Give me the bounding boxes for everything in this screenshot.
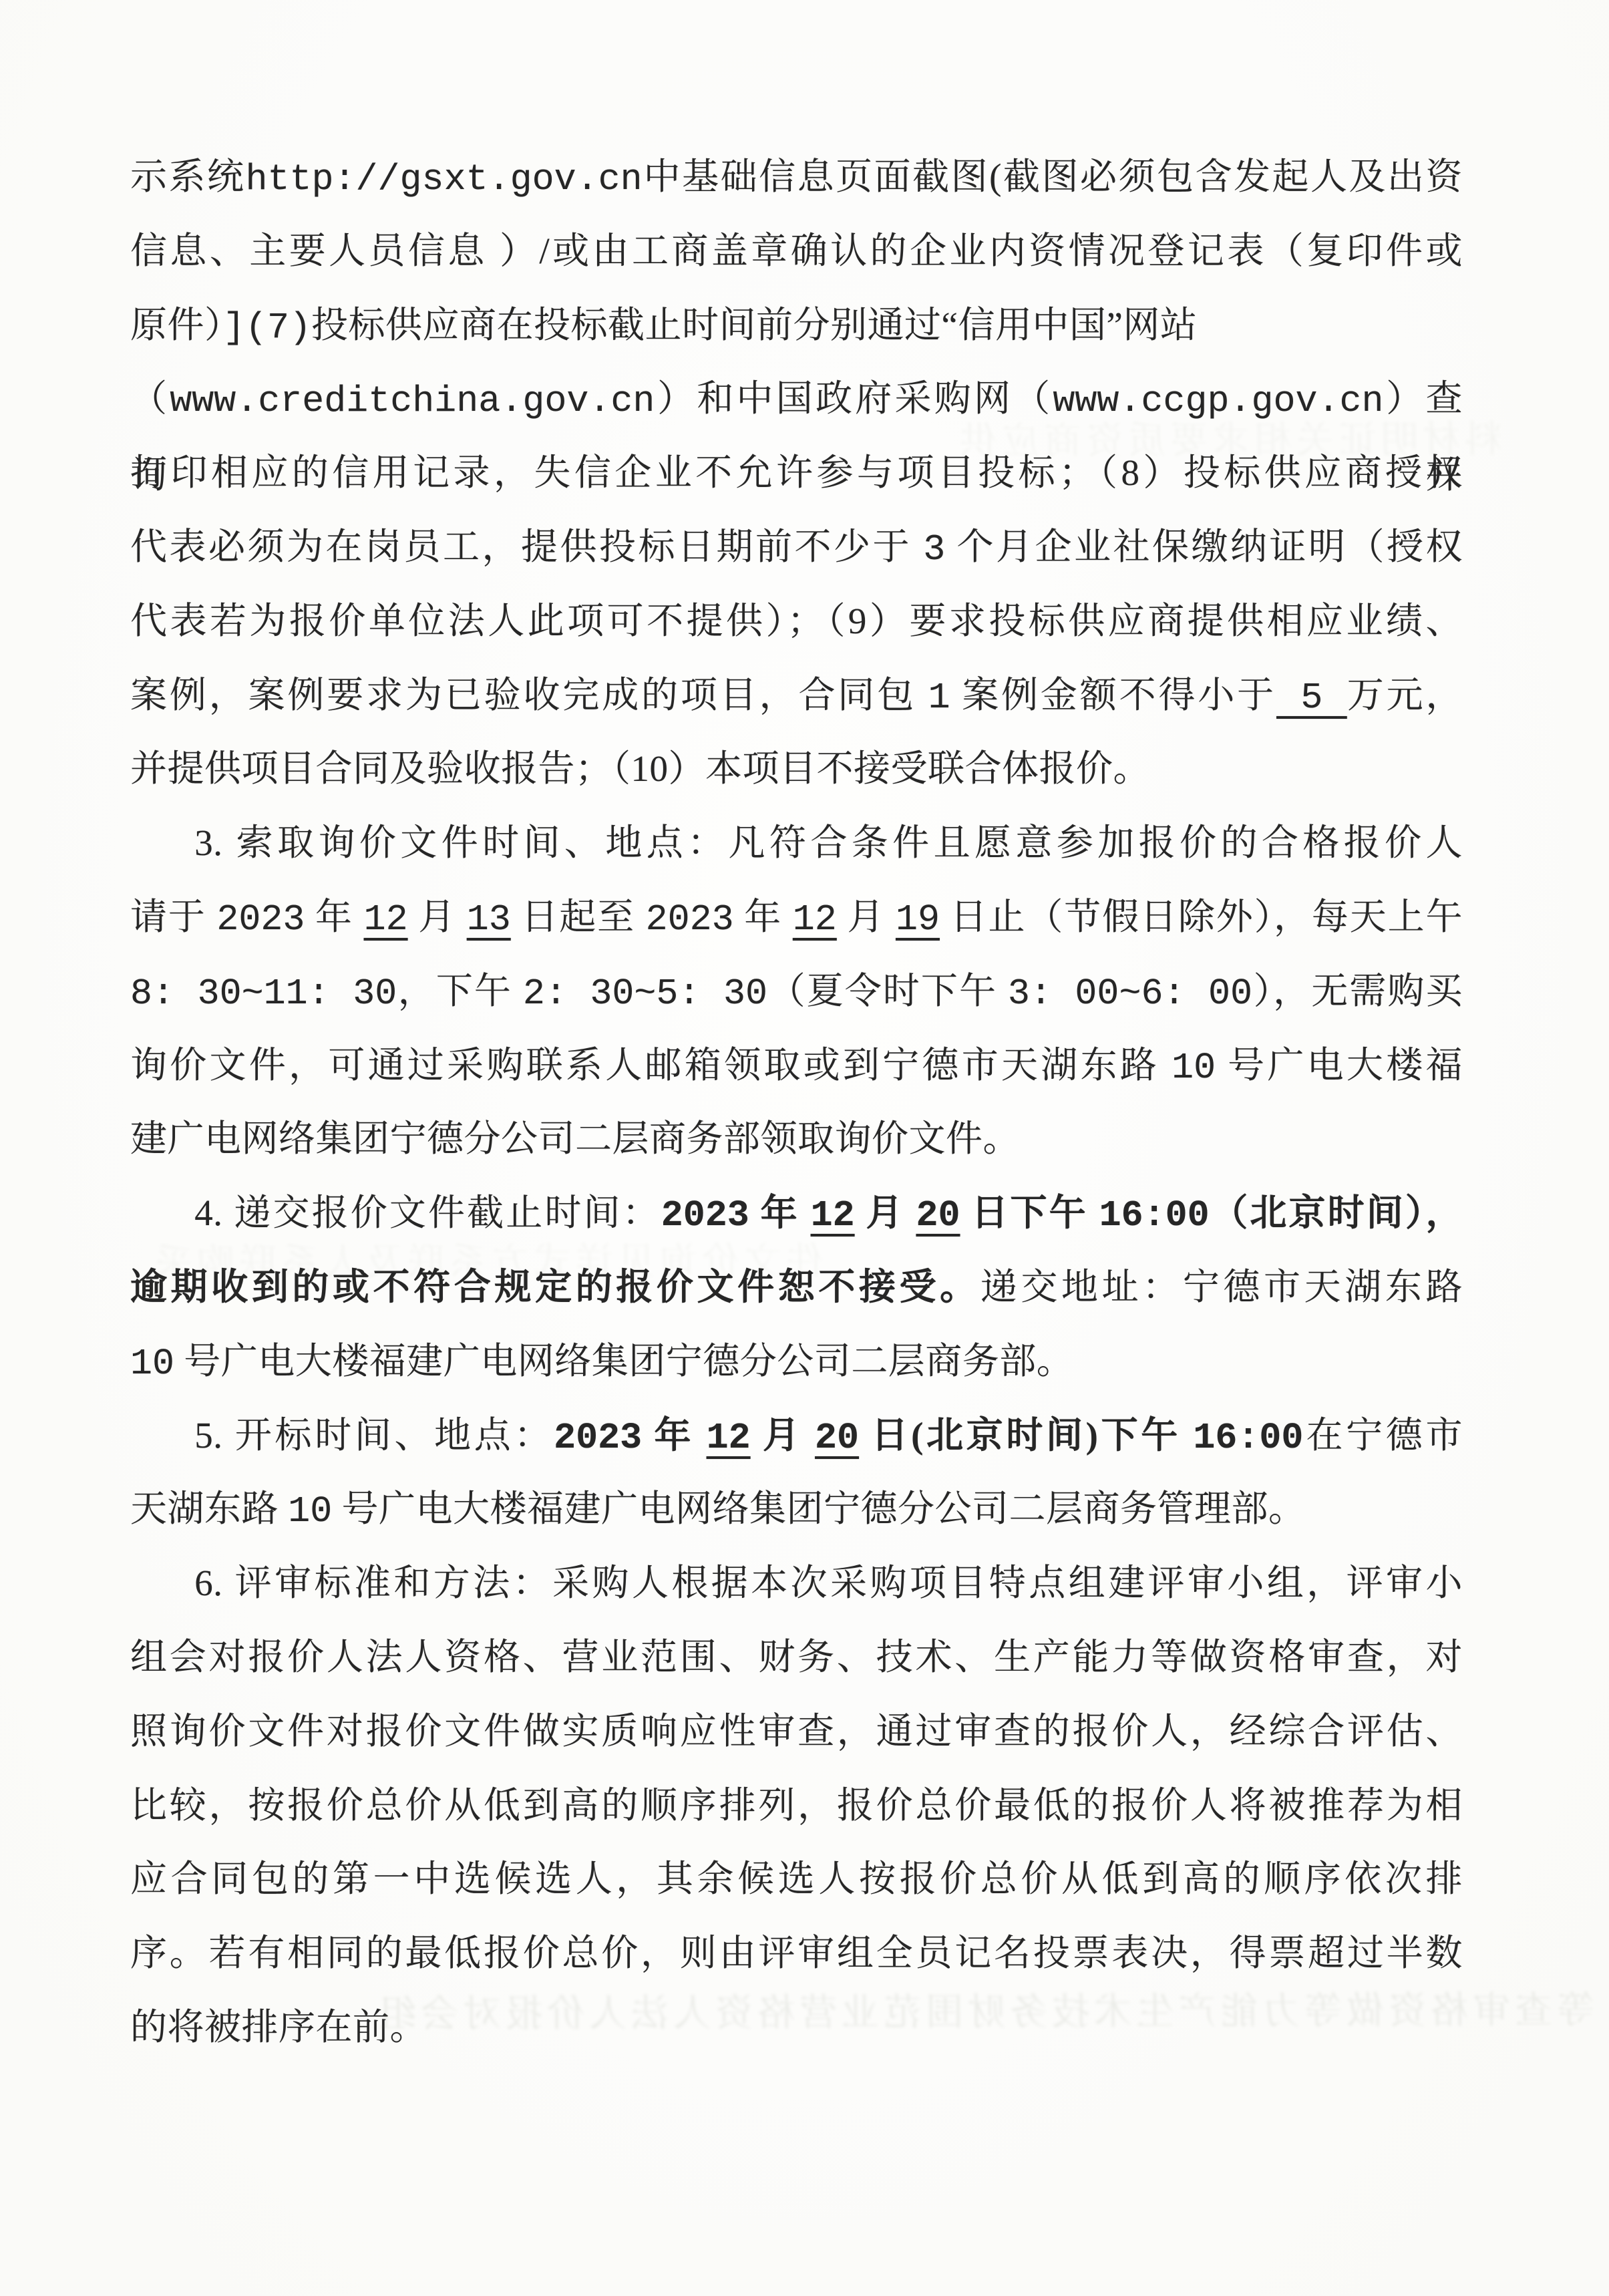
text-span: www.creditchina.gov.cn <box>170 380 655 422</box>
text-span: 应合同包的第一中选候选人，其余候选人按报价总价从低到高的顺序依次排 <box>130 1858 1463 1899</box>
line-12: 8: 30~11: 30，下午 2: 30~5: 30（夏令时下午 3: 00~… <box>130 955 1463 1029</box>
text-span: 建广电网络集团宁德分公司二层商务部领取询价文件。 <box>130 1118 1020 1159</box>
line-13: 询价文件，可通过采购联系人邮箱领取或到宁德市天湖东路 10 号广电大楼福 <box>130 1029 1463 1103</box>
line-02: 信息、主要人员信息 ）/或由工商盖章确认的企业内资情况登记表（复印件或 <box>130 214 1463 289</box>
text-span: 日止（节假日除外），每天上午 <box>940 896 1463 937</box>
text-span: 询价文件，可通过采购联系人邮箱领取或到宁德市天湖东路 <box>130 1045 1172 1086</box>
text-span: 逾期收到的或不符合规定的报价文件恕不接受。 <box>130 1267 980 1307</box>
text-span: 案例，案例要求为已验收完成的项目，合同包 <box>130 675 928 715</box>
line-03: 原件）](7)投标供应商在投标截止时间前分别通过“信用中国”网站 <box>130 289 1463 363</box>
text-span: 中基础信息页面截图(截图必须包含发起人及出资 <box>643 156 1463 197</box>
text-span: 万元， <box>1347 675 1463 715</box>
text-span: 2023 <box>216 898 305 941</box>
text-span: 请于 <box>130 896 216 937</box>
text-span: 原件） <box>130 305 223 345</box>
line-10: 3. 索取询价文件时间、地点：凡符合条件且愿意参加报价的合格报价人 <box>130 806 1463 880</box>
text-span: ](7) <box>223 307 311 349</box>
line-23: 比较，按报价总价从低到高的顺序排列，报价总价最低的报价人将被推荐为相 <box>130 1769 1463 1843</box>
line-21: 组会对报价人法人资格、营业范围、财务、技术、生产能力等做资格审查，对 <box>130 1621 1463 1695</box>
text-span: 号广电大楼福 <box>1216 1045 1463 1086</box>
text-span: http://gsxt.gov.cn <box>246 158 643 200</box>
text-span: 月 <box>751 1415 815 1456</box>
text-span: 信息、主要人员信息 ）/或由工商盖章确认的企业内资情况登记表（复印件或 <box>130 230 1463 271</box>
text-span: 4. 递交报价文件截止时间： <box>194 1192 661 1233</box>
text-span: 1 <box>928 677 950 719</box>
line-07: 代表若为报价单位法人此项可不提供）；（9）要求投标供应商提供相应业绩、 <box>130 585 1463 659</box>
underlined-value: 12 <box>811 1194 855 1237</box>
text-span: 2023 <box>661 1194 749 1237</box>
line-16: 逾期收到的或不符合规定的报价文件恕不接受。递交地址：宁德市天湖东路 <box>130 1251 1463 1325</box>
line-22: 照询价文件对报价文件做实质响应性审查，通过审查的报价人，经综合评估、 <box>130 1695 1463 1769</box>
text-span: 打印相应的信用记录，失信企业不允许参与项目投标；（8）投标供应商授权 <box>130 452 1463 493</box>
line-26: 的将被排序在前。 <box>130 1991 1463 2065</box>
text-span: ），无需购买 <box>1252 971 1463 1011</box>
text-span: 6. 评审标准和方法：采购人根据本次采购项目特点组建评审小组，评审小 <box>194 1563 1463 1603</box>
text-span: 日(北京时间)下午 <box>859 1415 1193 1456</box>
text-span: 示系统 <box>130 156 246 197</box>
line-09: 并提供项目合同及验收报告；（10）本项目不接受联合体报价。 <box>130 732 1463 806</box>
line-25: 序。若有相同的最低报价总价，则由评审组全员记名投票表决，得票超过半数 <box>130 1917 1463 1991</box>
underlined-value: 12 <box>707 1417 751 1459</box>
text-span: www.ccgp.gov.cn <box>1053 380 1383 422</box>
text-span: 8: 30~11: 30 <box>130 973 397 1015</box>
line-01: 示系统http://gsxt.gov.cn中基础信息页面截图(截图必须包含发起人… <box>130 140 1463 214</box>
text-span: 组会对报价人法人资格、营业范围、财务、技术、生产能力等做资格审查，对 <box>130 1637 1463 1677</box>
text-span: 10 <box>130 1343 174 1385</box>
underlined-value: 13 <box>467 898 511 941</box>
text-span: 年 <box>305 896 363 937</box>
text-span: 月 <box>408 896 467 937</box>
text-span: 2023 <box>554 1417 642 1459</box>
text-span: 天湖东路 <box>130 1488 288 1529</box>
text-span: 16:00 <box>1099 1194 1210 1237</box>
text-span: 年 <box>642 1415 706 1456</box>
text-span: 年 <box>734 896 793 937</box>
text-span: 16:00 <box>1193 1417 1303 1459</box>
underlined-value: 5 <box>1276 677 1347 719</box>
line-24: 应合同包的第一中选候选人，其余候选人按报价总价从低到高的顺序依次排 <box>130 1842 1463 1917</box>
text-span: 号广电大楼福建广电网络集团宁德分公司二层商务管理部。 <box>332 1488 1305 1529</box>
text-span: ）和中国政府采购网（ <box>655 378 1053 419</box>
text-span: 5. 开标时间、地点： <box>194 1415 554 1456</box>
text-span: 在宁德市 <box>1303 1415 1463 1456</box>
text-span: 案例金额不得小于 <box>950 675 1276 715</box>
text-span: 的将被排序在前。 <box>130 2007 427 2047</box>
line-06: 代表必须为在岗员工，提供投标日期前不少于 3 个月企业社保缴纳证明（授权 <box>130 510 1463 585</box>
text-span: 照询价文件对报价文件做实质响应性审查，通过审查的报价人，经综合评估、 <box>130 1711 1463 1752</box>
line-05: 打印相应的信用记录，失信企业不允许参与项目投标；（8）投标供应商授权 <box>130 436 1463 510</box>
text-span: 号广电大楼福建广电网络集团宁德分公司二层商务部。 <box>174 1341 1073 1381</box>
text-span: 10 <box>1172 1047 1216 1089</box>
text-span: （北京时间）， <box>1210 1192 1463 1233</box>
line-17: 10 号广电大楼福建广电网络集团宁德分公司二层商务部。 <box>130 1325 1463 1399</box>
text-span: 3. 索取询价文件时间、地点：凡符合条件且愿意参加报价的合格报价人 <box>194 822 1463 863</box>
text-span: 日起至 <box>511 896 646 937</box>
text-span: 比较，按报价总价从低到高的顺序排列，报价总价最低的报价人将被推荐为相 <box>130 1785 1463 1826</box>
text-span: 月 <box>855 1192 916 1233</box>
underlined-value: 20 <box>916 1194 960 1237</box>
text-span: 3: 00~6: 00 <box>1008 973 1252 1015</box>
text-span: 序。若有相同的最低报价总价，则由评审组全员记名投票表决，得票超过半数 <box>130 1933 1463 1973</box>
text-span: ，下午 <box>397 971 523 1011</box>
underlined-value: 19 <box>896 898 940 941</box>
text-span: 并提供项目合同及验收报告；（10）本项目不接受联合体报价。 <box>130 748 1150 789</box>
text-span: （ <box>130 378 170 419</box>
line-20: 6. 评审标准和方法：采购人根据本次采购项目特点组建评审小组，评审小 <box>130 1546 1463 1621</box>
line-04: （www.creditchina.gov.cn）和中国政府采购网（www.ccg… <box>130 362 1463 436</box>
line-19: 天湖东路 10 号广电大楼福建广电网络集团宁德分公司二层商务管理部。 <box>130 1472 1463 1546</box>
line-08: 案例，案例要求为已验收完成的项目，合同包 1 案例金额不得小于 5 万元， <box>130 659 1463 733</box>
document-lines: 示系统http://gsxt.gov.cn中基础信息页面截图(截图必须包含发起人… <box>130 140 1463 2065</box>
text-span: 10 <box>288 1490 332 1532</box>
text-span: 代表若为报价单位法人此项可不提供）；（9）要求投标供应商提供相应业绩、 <box>130 601 1463 641</box>
line-18: 5. 开标时间、地点：2023 年 12 月 20 日(北京时间)下午 16:0… <box>130 1399 1463 1473</box>
text-span: 年 <box>749 1192 811 1233</box>
text-span: 日下午 <box>960 1192 1099 1233</box>
underlined-value: 12 <box>793 898 837 941</box>
text-span: 2023 <box>646 898 734 941</box>
underlined-value: 12 <box>364 898 408 941</box>
text-span: 3 <box>923 528 945 570</box>
text-span: 代表必须为在岗员工，提供投标日期前不少于 <box>130 526 923 567</box>
text-span: 个月企业社保缴纳证明（授权 <box>945 526 1463 567</box>
text-span: 投标供应商在投标截止时间前分别通过“信用中国”网站 <box>311 305 1197 345</box>
line-14: 建广电网络集团宁德分公司二层商务部领取询价文件。 <box>130 1102 1463 1176</box>
text-span: 2: 30~5: 30 <box>523 973 767 1015</box>
line-11: 请于 2023 年 12 月 13 日起至 2023 年 12 月 19 日止（… <box>130 880 1463 955</box>
underlined-value: 20 <box>815 1417 859 1459</box>
text-span: 递交地址：宁德市天湖东路 <box>980 1267 1463 1307</box>
scanned-document-page: 示系统http://gsxt.gov.cn中基础信息页面截图(截图必须包含发起人… <box>0 0 1609 2296</box>
line-15: 4. 递交报价文件截止时间：2023 年 12 月 20 日下午 16:00（北… <box>130 1176 1463 1251</box>
text-span: 月 <box>837 896 896 937</box>
text-span: （夏令时下午 <box>767 971 1008 1011</box>
